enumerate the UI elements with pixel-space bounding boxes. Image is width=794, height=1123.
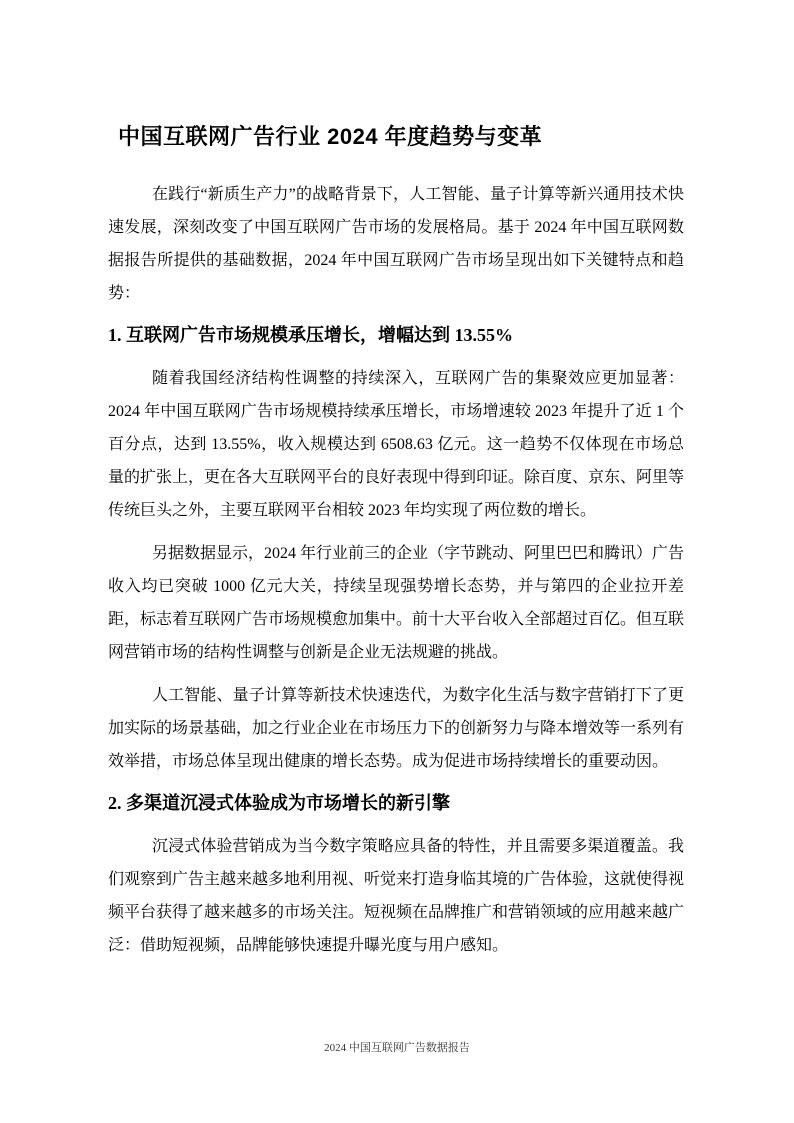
section-1-paragraph-3: 人工智能、量子计算等新技术快速迭代，为数字化生活与数字营销打下了更加实际的场景基… (108, 679, 684, 778)
section-1-paragraph-2: 另据数据显示，2024 年行业前三的企业（字节跳动、阿里巴巴和腾讯）广告收入均已… (108, 537, 684, 669)
section-2-paragraph-1: 沉浸式体验营销成为当今数字策略应具备的特性，并且需要多渠道覆盖。我们观察到广告主… (108, 830, 684, 962)
document-title: 中国互联网广告行业 2024 年度趋势与变革 (108, 120, 684, 154)
page-footer-text: 2024 中国互联网广告数据报告 (0, 1040, 794, 1056)
intro-paragraph: 在践行“新质生产力”的战略背景下，人工智能、量子计算等新兴通用技术快速发展，深刻… (108, 178, 684, 310)
section-2-heading: 2. 多渠道沉浸式体验成为市场增长的新引擎 (108, 788, 684, 818)
section-1-heading: 1. 互联网广告市场规模承压增长，增幅达到 13.55% (108, 320, 684, 350)
section-1-paragraph-1: 随着我国经济结构性调整的持续深入，互联网广告的集聚效应更加显著：2024 年中国… (108, 362, 684, 527)
document-page: 中国互联网广告行业 2024 年度趋势与变革 在践行“新质生产力”的战略背景下，… (0, 0, 794, 1123)
